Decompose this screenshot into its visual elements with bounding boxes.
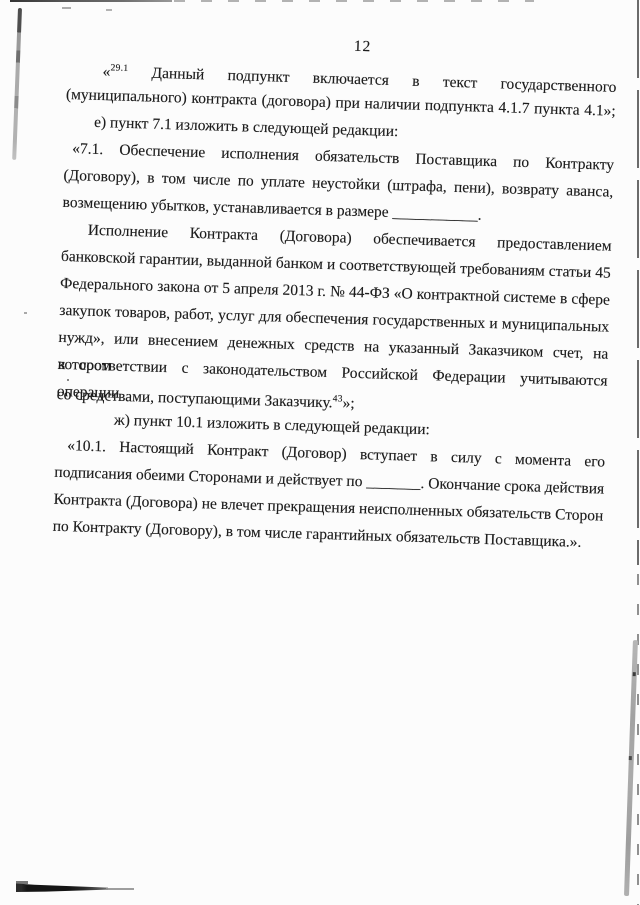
scan-smudge-bottom-left-head bbox=[16, 881, 28, 884]
scan-smudge-bottom-left-tail bbox=[106, 888, 134, 890]
scan-smudge-bottom-left bbox=[16, 883, 108, 892]
scan-smudge-top-edge bbox=[10, 0, 172, 2]
scan-speck bbox=[106, 9, 112, 11]
scan-speck bbox=[62, 7, 71, 9]
scan-speck bbox=[24, 312, 27, 314]
scan-border-line-right-bottom bbox=[637, 574, 639, 905]
scan-streak-left-edge bbox=[12, 8, 22, 160]
scanned-page: 12 «29.1 Данный подпункт включается в те… bbox=[0, 0, 640, 905]
scan-streak-right-edge bbox=[624, 640, 638, 896]
scan-dark-speck bbox=[633, 672, 636, 676]
document-text-block: 12 «29.1 Данный подпункт включается в те… bbox=[52, 28, 617, 557]
scan-dashes-top-edge bbox=[174, 0, 534, 2]
scan-border-line-right-top bbox=[637, 0, 639, 565]
document-body-text: «29.1 Данный подпункт включается в текст… bbox=[52, 54, 617, 557]
scan-dark-speck bbox=[629, 756, 632, 760]
